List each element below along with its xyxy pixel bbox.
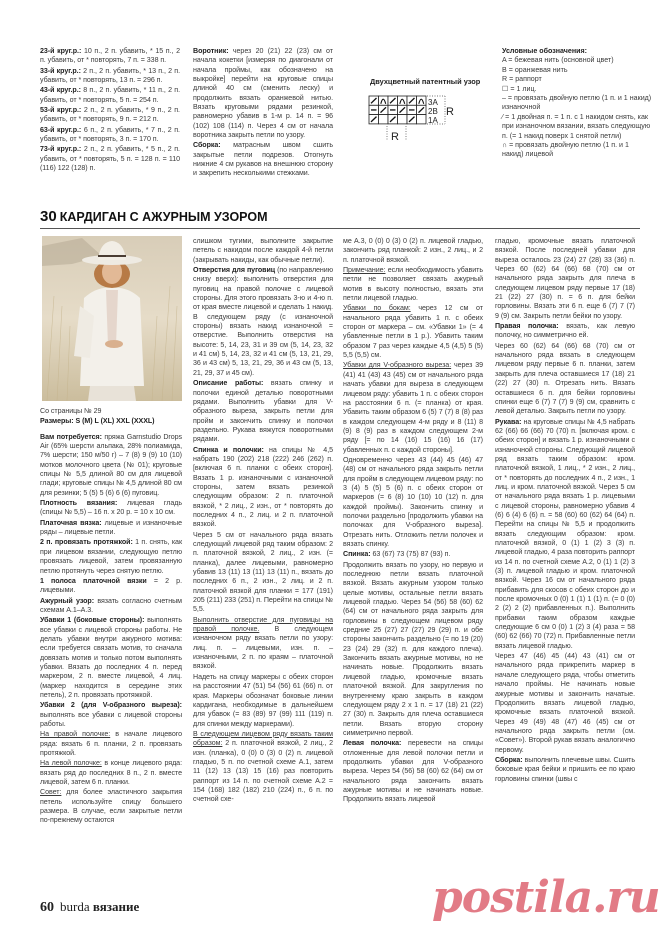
paragraph: Спинка: 63 (67) 73 (75) 87 (93) п.: [343, 550, 483, 559]
paragraph-heading: Ажурный узор:: [40, 597, 94, 605]
legend-items: A = бежевая нить (основной цвет)B = оран…: [502, 56, 652, 159]
pattern-chart-grid: 3A 2B 1A R R: [368, 95, 458, 150]
top-left-column: 23-й круг.р.: 10 п., 2 п. убавить, * 15 …: [40, 47, 180, 174]
paragraph-subheading: Примечание:: [343, 266, 385, 274]
paragraph-subheading: Убавки для V-образного выреза:: [343, 361, 451, 369]
sizes-value: S (M) L (XL) XXL (XXXL): [74, 417, 155, 425]
paragraph: Убавки по бокам: через 12 см от начально…: [343, 304, 483, 360]
column-1: Со страницы № 29 Размеры: S (M) L (XL) X…: [40, 407, 182, 827]
paragraph: 1 полоса платочной вязки = 2 р. лицевыми…: [40, 577, 182, 596]
paragraph: На левой полочке: в конце лицевого ряда:…: [40, 759, 182, 787]
page-footer: 60burda вязание: [40, 899, 139, 916]
legend-item: A = бежевая нить (основной цвет): [502, 56, 652, 65]
paragraph-text: Через 60 (62) 64 (66) 68 (70) см от нача…: [495, 342, 635, 415]
paragraph: Отверстия для пуговиц (по направлению сн…: [193, 266, 333, 378]
paragraph: Совет: для более эластичного закрытия пе…: [40, 788, 182, 825]
paragraph: Правая полочка: вязать, как левую полочк…: [495, 322, 635, 341]
paragraph: 43-й круг.р.: 8 п., 2 п. убавить, * 11 п…: [40, 86, 180, 105]
repeat-label-horizontal: R: [391, 131, 399, 143]
paragraph-text: 63 (67) 73 (75) 87 (93) п.: [371, 550, 451, 558]
paragraph-heading: Правая полочка:: [495, 322, 559, 330]
paragraph: слишком тугими, выполните закрытие петел…: [193, 237, 333, 265]
section-title: КАРДИГАН С АЖУРНЫМ УЗОРОМ: [60, 210, 268, 224]
paragraph-heading: Рукава:: [495, 418, 521, 426]
section-number: 30: [40, 208, 57, 225]
paragraph: Через 47 (46) 45 (44) 43 (41) см от нача…: [495, 652, 635, 755]
paragraph: Спинка и полочки: на спицы № 4,5 набрать…: [193, 446, 333, 530]
paragraph-text: Через 47 (46) 45 (44) 43 (41) см от нача…: [495, 652, 635, 753]
paragraph-text: на спицы № 4,5 набрать 190 (202) 218 (22…: [193, 446, 333, 529]
legend-item: ⁄ = 1 двойная п. = 1 п. с 1 накидом снят…: [502, 113, 652, 141]
paragraph: Через 5 см от начального ряда вязать сле…: [193, 531, 333, 615]
paragraph-subheading: На левой полочке:: [40, 759, 102, 767]
paragraph-text: ме A.3, 0 (0) 0 (3) 0 (2) п. лицевой гла…: [343, 237, 483, 264]
paragraph-text: выполнять все убавки с лицевой стороны р…: [40, 616, 182, 699]
paragraph-text: слишком тугими, выполните закрытие петел…: [193, 237, 333, 264]
paragraph-heading: Сборка:: [193, 141, 221, 149]
paragraph: Убавки 1 (боковые стороны): выполнять вс…: [40, 616, 182, 700]
paragraph: Платочная вязка: лицевые и изнаночные ря…: [40, 519, 182, 538]
paragraph-heading: Убавки 2 (для V-образного выреза):: [40, 701, 182, 709]
paragraph-heading: 43-й круг.р.:: [40, 86, 81, 94]
row-label-2b: 2B: [428, 107, 438, 116]
magazine-name: вязание: [93, 899, 139, 914]
paragraph: Через 60 (62) 64 (66) 68 (70) см от нача…: [495, 342, 635, 417]
paragraph: Примечание: если необходимость убавить п…: [343, 266, 483, 303]
magazine-brand: burda: [60, 899, 90, 914]
column-4-text: гладью, кромочные вязать платочной вязко…: [495, 237, 635, 784]
paragraph: Продолжить вязать по узору, но первую и …: [343, 561, 483, 739]
paragraph: Убавки для V-образного выреза: через 39 …: [343, 361, 483, 454]
watermark: postila.ru: [432, 872, 660, 923]
paragraph-heading: Убавки 1 (боковые стороны):: [40, 616, 144, 624]
paragraph: Надеть на спицу маркеры с обеих сторон н…: [193, 673, 333, 729]
paragraph: 73-й круг.р.: 2 п., 2 п. убавить, * 5 п.…: [40, 145, 180, 173]
paragraph: Одновременно через 43 (44) 45 (46) 47 (4…: [343, 456, 483, 549]
collar-assembly-text: Воротник: через 20 (21) 22 (23) см от на…: [193, 47, 333, 179]
paragraph-text: на круговые спицы № 4,5 набрать 62 (66) …: [495, 418, 635, 650]
paragraph: Вам потребуется: пряжа Garnstudio Drops …: [40, 433, 182, 498]
paragraph-text: Одновременно через 43 (44) 45 (46) 47 (4…: [343, 456, 483, 548]
top-middle-column: Воротник: через 20 (21) 22 (23) см от на…: [193, 47, 333, 180]
paragraph-text: через 39 (41) 41 (43) 43 (45) см от нача…: [343, 361, 483, 453]
legend-item: R = раппорт: [502, 75, 652, 84]
paragraph-heading: 53-й круг.р.:: [40, 106, 81, 114]
paragraph-text: вязать спинку и полочки единой деталью п…: [193, 379, 333, 443]
paragraph-heading: 33-й круг.р.:: [40, 67, 81, 75]
paragraph-heading: Воротник:: [193, 47, 229, 55]
paragraph-text: Через 5 см от начального ряда вязать сле…: [193, 531, 333, 614]
paragraph-heading: Плотность вязания:: [40, 499, 117, 507]
repeat-label-vertical: R: [446, 106, 454, 118]
paragraph-heading: Сборка:: [495, 756, 523, 764]
paragraph-text: через 12 см от начального ряда убавить 1…: [343, 304, 483, 359]
paragraph: Убавки 2 (для V-образного выреза): выпол…: [40, 701, 182, 729]
column-2-text: слишком тугими, выполните закрытие петел…: [193, 237, 333, 805]
legend-title: Условные обозначения:: [502, 47, 652, 56]
paragraph-text: Продолжить вязать по узору, но первую и …: [343, 561, 483, 737]
paragraph-text: пряжа Garnstudio Drops Air (65% шерсти а…: [40, 433, 182, 497]
column-3-text: ме A.3, 0 (0) 0 (3) 0 (2) п. лицевой гла…: [343, 237, 483, 805]
paragraph-text: перевести на спицы отложенные для левой …: [343, 739, 483, 803]
paragraph: 63-й круг.р.: 6 п., 2 п. убавить, * 7 п.…: [40, 126, 180, 145]
paragraph-heading: Отверстия для пуговиц: [193, 266, 275, 274]
paragraph-heading: Описание работы:: [193, 379, 263, 387]
paragraph: 2 п. провязать протяжкой: 1 п. снять, ка…: [40, 538, 182, 575]
column-4: гладью, кромочные вязать платочной вязко…: [495, 237, 635, 785]
paragraph: Плотность вязания: лицевая гладь (спицы …: [40, 499, 182, 518]
pattern-chart: 3A 2B 1A R R: [368, 95, 458, 155]
paragraph-text: Надеть на спицу маркеры с обеих сторон н…: [193, 673, 333, 728]
paragraph-subheading: Совет:: [40, 788, 61, 796]
paragraph: ме A.3, 0 (0) 0 (3) 0 (2) п. лицевой гла…: [343, 237, 483, 265]
legend-item: ‒ = провязать двойную петлю (1 п. и 1 на…: [502, 94, 652, 113]
paragraph-text: через 20 (21) 22 (23) см от начала кокет…: [193, 47, 333, 139]
paragraph-subheading: На правой полочке:: [40, 730, 110, 738]
section-header: 30КАРДИГАН С АЖУРНЫМ УЗОРОМ: [40, 208, 640, 229]
paragraph-heading: 2 п. провязать протяжкой:: [40, 538, 133, 546]
from-page-note: Со страницы № 29: [40, 407, 182, 416]
model-photo: [42, 236, 182, 401]
paragraph-subheading: Убавки по бокам:: [343, 304, 411, 312]
column-3: ме A.3, 0 (0) 0 (3) 0 (2) п. лицевой гла…: [343, 237, 483, 806]
column-2: слишком тугими, выполните закрытие петел…: [193, 237, 333, 806]
row-label-3a: 3A: [428, 98, 438, 107]
paragraph: Воротник: через 20 (21) 22 (23) см от на…: [193, 47, 333, 140]
legend-item: ∩ = провязать двойную петлю (1 п. и 1 на…: [502, 141, 652, 160]
paragraph-heading: Платочная вязка:: [40, 519, 102, 527]
paragraph-heading: 63-й круг.р.:: [40, 126, 81, 134]
page-number: 60: [40, 900, 54, 915]
paragraph-heading: Вам потребуется:: [40, 433, 102, 441]
paragraph: 33-й круг.р.: 2 п., 2 п. убавить, * 13 п…: [40, 67, 180, 86]
column-1-text: Вам потребуется: пряжа Garnstudio Drops …: [40, 433, 182, 826]
paragraph-heading: Спинка и полочки:: [193, 446, 264, 454]
paragraph-text: для более эластичного закрытия петель ис…: [40, 788, 182, 824]
paragraph: Ажурный узор: вязать согласно счетным сх…: [40, 597, 182, 616]
paragraph: гладью, кромочные вязать платочной вязко…: [495, 237, 635, 321]
paragraph: Выполнить отверстие для пуговицы на прав…: [193, 616, 333, 672]
paragraph-heading: 73-й круг.р.:: [40, 145, 81, 153]
paragraph-heading: 23-й круг.р.:: [40, 47, 81, 55]
paragraph-heading: 1 полоса платочной вязки: [40, 577, 147, 585]
paragraph-text: гладью, кромочные вязать платочной вязко…: [495, 237, 635, 320]
paragraph: Рукава: на круговые спицы № 4,5 набрать …: [495, 418, 635, 652]
paragraph: Левая полочка: перевести на спицы отложе…: [343, 739, 483, 804]
paragraph: На правой полочке: в начале лицевого ряд…: [40, 730, 182, 758]
sizes-label: Размеры:: [40, 417, 74, 425]
paragraph-text: выполнять все убавки с лицевой стороны р…: [40, 711, 182, 728]
legend: Условные обозначения: A = бежевая нить (…: [502, 47, 652, 160]
paragraph-heading: Спинка:: [343, 550, 371, 558]
model-photo-image: [42, 236, 182, 401]
paragraph: Сборка: выполнить плечевые швы. Сшить бо…: [495, 756, 635, 784]
paragraph: В следующем лицевом ряду вязать таким об…: [193, 730, 333, 805]
paragraph-text: (по направлению снизу вверх): выполнить …: [193, 266, 333, 377]
legend-item: ☐ = 1 лиц.: [502, 85, 652, 94]
paragraph: Сборка: матрасным швом сшить закрытые пе…: [193, 141, 333, 178]
legend-item: B = оранжевая нить: [502, 66, 652, 75]
chart-title: Двухцветный патентный узор: [370, 77, 480, 86]
paragraph-heading: Левая полочка:: [343, 739, 401, 747]
round-instructions: 23-й круг.р.: 10 п., 2 п. убавить, * 15 …: [40, 47, 180, 173]
paragraph-text: 2 п. платочной вязкой, 2 лиц., 2 изн. (п…: [193, 739, 333, 803]
paragraph: Описание работы: вязать спинку и полочки…: [193, 379, 333, 444]
paragraph: 53-й круг.р.: 2 п., 2 п. убавить, * 9 п.…: [40, 106, 180, 125]
paragraph: 23-й круг.р.: 10 п., 2 п. убавить, * 15 …: [40, 47, 180, 66]
